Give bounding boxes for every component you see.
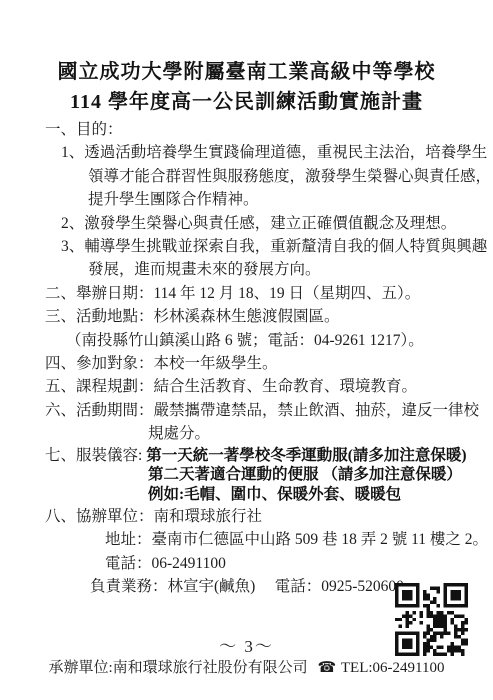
organizer-text: 承辦單位:南和環球旅行社股份有限公司 (49, 660, 308, 676)
telephone-icon: ☎ (311, 660, 337, 676)
document-line: 八、協辦單位：南和環球旅行社 (45, 505, 477, 528)
organizer-tel: TEL:06-2491100 (341, 660, 445, 676)
document-line: 一、目的： (45, 118, 477, 141)
document-line: 2、激發學生榮譽心與責任感，建立正確價值觀念及理想。 (61, 212, 477, 235)
document-line: 五、課程規劃：結合生活教育、生命教育、環境教育。 (45, 375, 477, 398)
line-text: 第一天統一著學校冬季運動服(請多加注意保暖) (146, 447, 466, 464)
document-line: 例如:毛帽、圍巾、保暖外套、暖暖包 (148, 485, 477, 505)
page-number: ～ 3～ (0, 632, 493, 657)
document-line: 領導才能合群習性與服務態度，激發學生榮譽心與責任感， (88, 165, 477, 188)
document-page: 國立成功大學附屬臺南工業高級中等學校 114 學年度高一公民訓練活動實施計畫 一… (0, 0, 493, 700)
document-line: 三、活動地點：杉林溪森林生態渡假園區。 (45, 305, 477, 328)
document-title-line2: 114 學年度高一公民訓練活動實施計畫 (0, 87, 493, 117)
document-line: 第二天著適合運動的便服 （請多加注意保暖） (148, 465, 477, 485)
document-body: 一、目的：1、透過活動培養學生實踐倫理道德，重視民主法治，培養學生領導才能合群習… (45, 118, 477, 599)
document-line: 二、舉辦日期：114 年 12 月 18、19 日（星期四、五）。 (45, 282, 477, 305)
document-line: 提升學生團隊合作精神。 (88, 188, 477, 211)
document-line: 電話：06-2491100 (105, 552, 477, 575)
document-line: 規處分。 (148, 422, 477, 445)
document-line: 發展，進而規畫未來的發展方向。 (88, 258, 477, 281)
document-line: 地址：臺南市仁德區中山路 509 巷 18 弄 2 號 11 樓之 2。 (105, 528, 477, 551)
document-line: 七、服裝儀容: 第一天統一著學校冬季運動服(請多加注意保暖) (45, 446, 477, 466)
document-title-line1: 國立成功大學附屬臺南工業高級中等學校 (0, 0, 493, 87)
document-line: 1、透過活動培養學生實踐倫理道德，重視民主法治，培養學生 (61, 141, 477, 164)
section-label: 七、服裝儀容: (45, 447, 146, 464)
document-line: 3、輔導學生挑戰並探索自我，重新釐清自我的個人特質與興趣 (61, 235, 477, 258)
organizer-footer: 承辦單位:南和環球旅行社股份有限公司 ☎ TEL:06-2491100 (0, 656, 493, 677)
document-line: 六、活動期間：嚴禁攜帶違禁品，禁止飲酒、抽菸，違反一律校 (45, 399, 477, 422)
document-line: （南投縣竹山鎮溪山路 6 號；電話：04-9261 1217）。 (66, 329, 477, 352)
document-line: 四、參加對象：本校一年級學生。 (45, 352, 477, 375)
